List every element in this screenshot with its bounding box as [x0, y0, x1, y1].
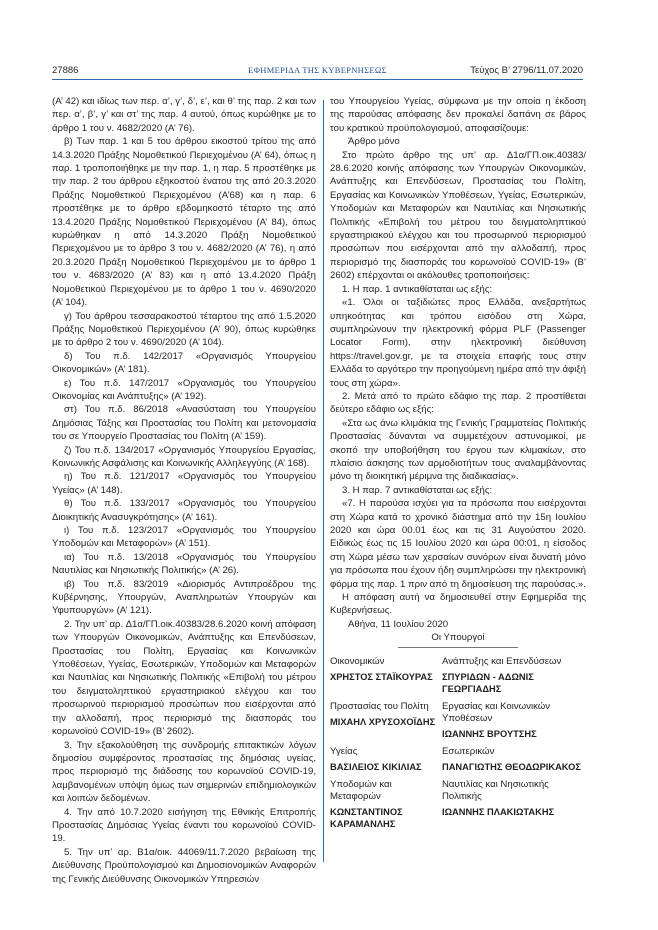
paragraph: «7. Η παρούσα ισχύει για τα πρόσωπα που …	[330, 497, 586, 591]
ministry-label: Υποδομών και Μεταφορών	[330, 779, 442, 803]
issue-reference: Τεύχος Β’ 2796/11.07.2020	[470, 65, 583, 76]
minister-name: ΠΑΝΑΓΙΩΤΗΣ ΘΕΟΔΩΡΙΚΑΚΟΣ	[442, 761, 586, 773]
paragraph: ζ) Του π.δ. 134/2017 «Οργανισμός Υπουργε…	[52, 444, 316, 471]
paragraph: η) Του π.δ. 121/2017 «Οργανισμός του Υπο…	[52, 470, 316, 497]
paragraph: 3. Η παρ. 7 αντικαθίσταται ως εξής:	[330, 484, 586, 497]
column-divider	[323, 100, 324, 862]
ministers-heading: Οι Υπουργοί	[330, 631, 586, 644]
intro-paragraph: του Υπουργείου Υγείας, σύμφωνα με την οπ…	[330, 95, 586, 135]
paragraph: 2. Μετά από το πρώτο εδάφιο της παρ. 2 π…	[330, 390, 586, 417]
ministry-label: Ναυτιλίας και Νησιωτικής Πολιτικής	[442, 779, 586, 803]
minister-name: ΜΙΧΑΗΛ ΧΡΥΣΟΧΟΪΔΗΣ	[330, 716, 442, 728]
ministers-rule	[398, 647, 518, 648]
paragraph: δ) Του π.δ. 142/2017 «Οργανισμός Υπουργε…	[52, 350, 316, 377]
paragraph: 2. Την υπ’ αρ. Δ1α/ΓΠ.οικ.40383/28.6.202…	[52, 618, 316, 739]
paragraph: Η απόφαση αυτή να δημοσιευθεί στην Εφημε…	[330, 591, 586, 618]
ministry-label: Οικονομικών	[330, 656, 442, 668]
paragraph: ια) Του π.δ. 13/2018 «Οργανισμός του Υπο…	[52, 551, 316, 578]
signature-block: Ναυτιλίας και Νησιωτικής Πολιτικής ΙΩΑΝΝ…	[442, 779, 586, 830]
signature-block: Προστασίας του Πολίτη ΜΙΧΑΗΛ ΧΡΥΣΟΧΟΪΔΗΣ	[330, 701, 442, 740]
signature-block: Ανάπτυξης και Επενδύσεων ΣΠΥΡΙΔΩΝ - ΑΔΩΝ…	[442, 656, 586, 695]
ministry-label: Υγείας	[330, 746, 442, 758]
place-date: Αθήνα, 11 Ιουλίου 2020	[330, 618, 586, 631]
right-column: του Υπουργείου Υγείας, σύμφωνα με την οπ…	[330, 95, 586, 836]
paragraph: «1. Όλοι οι ταξιδιώτες προς Ελλάδα, ανεξ…	[330, 296, 586, 390]
paragraph: (Α’ 42) και ιδίως των περ. α’, γ’, δ’, ε…	[52, 95, 316, 135]
paragraph: θ) Του π.δ. 133/2017 «Οργανισμός του Υπο…	[52, 497, 316, 524]
signatures: Οικονομικών ΧΡΗΣΤΟΣ ΣΤΑΪΚΟΥΡΑΣ Ανάπτυξης…	[330, 656, 586, 836]
signature-block: Οικονομικών ΧΡΗΣΤΟΣ ΣΤΑΪΚΟΥΡΑΣ	[330, 656, 442, 695]
minister-name: ΒΑΣΙΛΕΙΟΣ ΚΙΚΙΛΙΑΣ	[330, 761, 442, 773]
paragraph: στ) Του π.δ. 86/2018 «Ανασύσταση του Υπο…	[52, 403, 316, 443]
left-column: (Α’ 42) και ιδίως των περ. α’, γ’, δ’, ε…	[52, 95, 316, 886]
paragraph: 3. Την εξακολούθηση της συνδρομής επιτακ…	[52, 739, 316, 806]
paragraph: Στο πρώτο άρθρο της υπ’ αρ. Δ1α/ΓΠ.οικ.4…	[330, 149, 586, 283]
minister-name: ΙΩΑΝΝΗΣ ΒΡΟΥΤΣΗΣ	[442, 728, 586, 740]
paragraph: ε) Του π.δ. 147/2017 «Οργανισμός του Υπο…	[52, 377, 316, 404]
minister-name: ΚΩΝΣΤΑΝΤΙΝΟΣ ΚΑΡΑΜΑΝΛΗΣ	[330, 806, 442, 830]
ministry-label: Εργασίας και Κοινωνικών Υποθέσεων	[442, 701, 586, 725]
ministry-label: Ανάπτυξης και Επενδύσεων	[442, 656, 586, 668]
paragraph: ιβ) Του π.δ. 83/2019 «Διορισμός Αντιπροέ…	[52, 578, 316, 618]
paragraph: «Στα ως άνω κλιμάκια της Γενικής Γραμματ…	[330, 417, 586, 484]
minister-name: ΣΠΥΡΙΔΩΝ - ΑΔΩΝΙΣ ΓΕΩΡΓΙΑΔΗΣ	[442, 671, 586, 695]
signature-block: Εργασίας και Κοινωνικών Υποθέσεων ΙΩΑΝΝΗ…	[442, 701, 586, 740]
ministry-label: Προστασίας του Πολίτη	[330, 701, 442, 713]
paragraph: 5. Την υπ’ αρ. Β1α/οικ. 44069/11.7.2020 …	[52, 846, 316, 886]
article-title: Άρθρο μόνο	[330, 135, 586, 148]
paragraph: 4. Την από 10.7.2020 εισήγηση της Εθνική…	[52, 806, 316, 846]
signature-block: Υποδομών και Μεταφορών ΚΩΝΣΤΑΝΤΙΝΟΣ ΚΑΡΑ…	[330, 779, 442, 830]
page-header: 27886 ΕΦΗΜΕΡΙΔΑ ΤΗΣ ΚΥΒΕΡΝΗΣΕΩΣ Τεύχος Β…	[52, 65, 583, 79]
paragraph: ι) Του π.δ. 123/2017 «Οργανισμός του Υπο…	[52, 524, 316, 551]
minister-name: ΙΩΑΝΝΗΣ ΠΛΑΚΙΩΤΑΚΗΣ	[442, 806, 586, 818]
signature-block: Υγείας ΒΑΣΙΛΕΙΟΣ ΚΙΚΙΛΙΑΣ	[330, 746, 442, 773]
ministry-label: Εσωτερικών	[442, 746, 586, 758]
paragraph: 1. Η παρ. 1 αντικαθίσταται ως εξής:	[330, 283, 586, 296]
signature-block: Εσωτερικών ΠΑΝΑΓΙΩΤΗΣ ΘΕΟΔΩΡΙΚΑΚΟΣ	[442, 746, 586, 773]
paragraph: β) Των παρ. 1 και 5 του άρθρου εικοστού …	[52, 135, 316, 309]
paragraph: γ) Του άρθρου τεσσαρακοστού τέταρτου της…	[52, 310, 316, 350]
minister-name: ΧΡΗΣΤΟΣ ΣΤΑΪΚΟΥΡΑΣ	[330, 671, 442, 683]
header-rule	[52, 79, 583, 80]
